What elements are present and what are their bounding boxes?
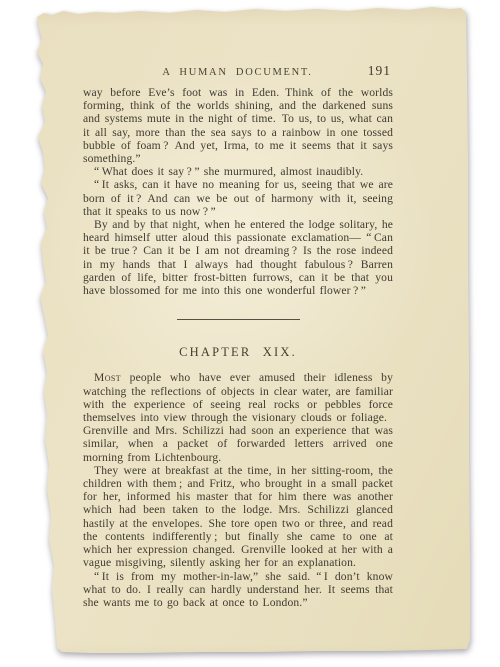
- paragraph: “ It asks, can it have no meaning for us…: [83, 178, 393, 218]
- paragraph: “ What does it say ? ” she murmured, alm…: [83, 165, 393, 178]
- text-block: way before Eve’s foot was in Eden. Think…: [83, 86, 393, 609]
- page-number: 191: [368, 63, 391, 79]
- page-shadow: A HUMAN DOCUMENT. 191 way before Eve’s f…: [0, 0, 500, 667]
- scan-background: A HUMAN DOCUMENT. 191 way before Eve’s f…: [0, 0, 500, 667]
- lead-word: Most: [94, 371, 121, 384]
- paragraph: Most people who have ever amused their i…: [83, 371, 393, 463]
- page-header: A HUMAN DOCUMENT. 191: [82, 66, 393, 82]
- paragraph: way before Eve’s foot was in Eden. Think…: [83, 86, 393, 165]
- book-page: A HUMAN DOCUMENT. 191 way before Eve’s f…: [0, 0, 500, 667]
- paragraph: “ It is from my mother-in-law,” she said…: [83, 570, 393, 610]
- paragraph-rest: people who have ever amused their idlene…: [83, 371, 393, 463]
- section-divider: [177, 319, 300, 320]
- paragraph: By and by that night, when he entered th…: [83, 218, 393, 297]
- chapter-heading: CHAPTER XIX.: [83, 346, 393, 359]
- paragraph: They were at breakfast at the time, in h…: [83, 464, 393, 570]
- running-title: A HUMAN DOCUMENT.: [82, 67, 393, 78]
